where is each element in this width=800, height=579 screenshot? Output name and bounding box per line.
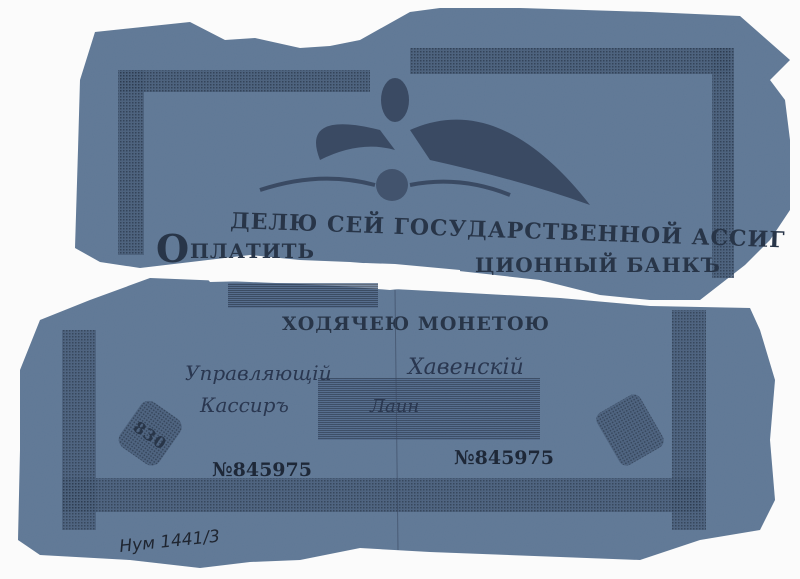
banknote-text-line2-right: ЦИОННЫЙ БАНКЪ — [475, 251, 721, 277]
signature-label-manager: Управляющій — [185, 361, 332, 385]
signature-name-cashier: Лаин — [369, 396, 419, 417]
banknote-big-initial: О — [156, 226, 190, 271]
banknote-photo: ДЕЛЮ СЕЙ ГОСУДАРСТВЕННОЙ АССИГ О ПЛАТИТЬ… — [0, 0, 800, 579]
serial-number-right: №845975 — [454, 447, 554, 469]
signature-panel — [318, 378, 540, 440]
engraved-band — [228, 283, 378, 308]
banknote-text-line2-left: ПЛАТИТЬ — [190, 239, 315, 263]
signature-label-cashier: Кассиръ — [199, 393, 289, 417]
banknote-text-line3: ХОДЯЧЕЮ МОНЕТОЮ — [282, 313, 550, 335]
tear-hole — [205, 276, 250, 282]
signature-name-manager: Хавенскій — [406, 355, 524, 380]
serial-number-left: №845975 — [212, 459, 312, 481]
